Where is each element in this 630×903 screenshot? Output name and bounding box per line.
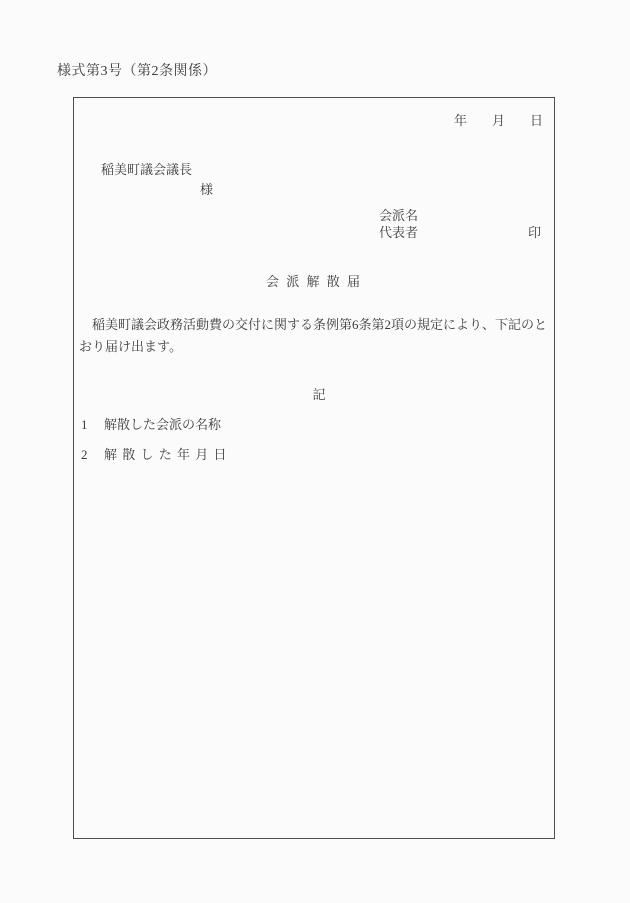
body-line-2: おり届け出ます。 [79,336,549,358]
item-label: 解 散 し た 年 月 日 [104,447,228,462]
list-item: 2解 散 し た 年 月 日 [81,444,228,463]
seal-label: 印 [528,222,541,241]
date-month-label: 月 [492,110,505,129]
item-label: 解散した会派の名称 [104,417,221,432]
item-number: 2 [81,447,104,463]
document-page: 様式第3号（第2条関係） 年 月 日 稲美町議会議長 様 会派名 代表者 印 会… [0,0,630,903]
addressee-honorific: 様 [200,179,213,198]
list-item: 1解散した会派の名称 [81,414,221,433]
addressee-name: 稲美町議会議長 [101,159,192,178]
date-line: 年 月 日 [454,110,543,129]
body-line-1: 稲美町議会政務活動費の交付に関する条例第6条第2項の規定により、下記のと [79,314,549,336]
date-day-label: 日 [530,110,543,129]
date-year-label: 年 [454,110,467,129]
document-title: 会 派 解 散 届 [74,271,554,290]
item-number: 1 [81,417,104,433]
form-number-label: 様式第3号（第2条関係） [57,60,217,80]
body-paragraph: 稲美町議会政務活動費の交付に関する条例第6条第2項の規定により、下記のと おり届… [79,314,549,358]
representative-label: 代表者 [379,222,418,241]
form-border-box: 年 月 日 稲美町議会議長 様 会派名 代表者 印 会 派 解 散 届 稲美町議… [73,97,555,839]
section-marker-ki: 記 [74,384,554,403]
